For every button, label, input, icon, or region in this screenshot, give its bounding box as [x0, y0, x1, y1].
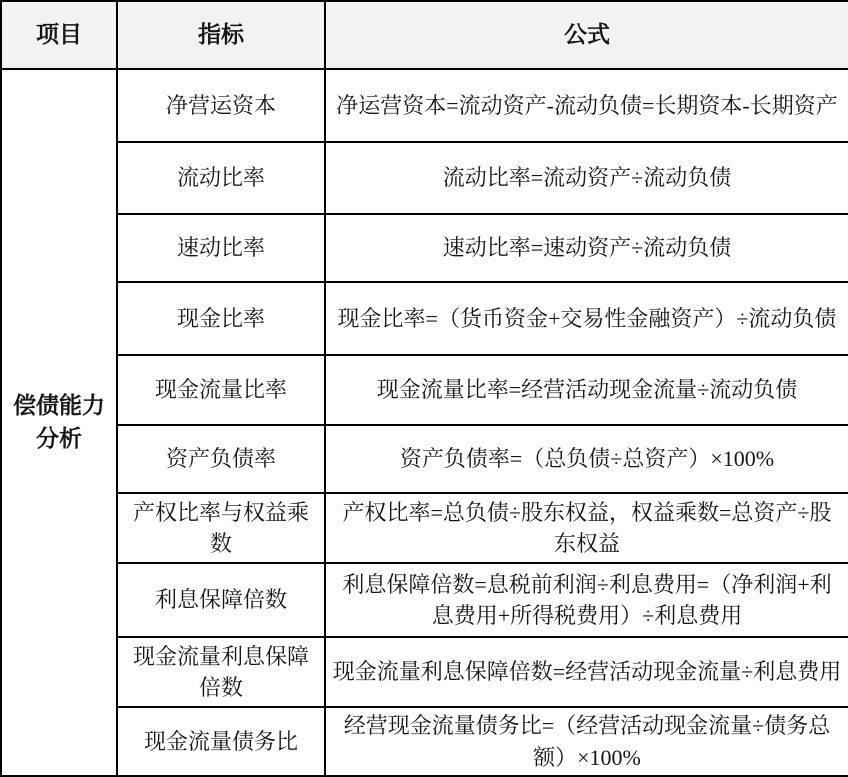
- indicator-cell: 速动比率: [117, 214, 325, 282]
- formula-cell: 产权比率=总负债÷股东权益，权益乘数=总资产÷股东权益: [325, 493, 848, 563]
- formula-cell: 经营现金流量债务比=（经营活动现金流量÷债务总额）×100%: [325, 707, 848, 776]
- table-row: 资产负债率 资产负债率=（总负债÷总资产）×100%: [1, 425, 848, 493]
- indicator-cell: 利息保障倍数: [117, 563, 325, 637]
- table-row: 产权比率与权益乘数 产权比率=总负债÷股东权益，权益乘数=总资产÷股东权益: [1, 493, 848, 563]
- indicator-cell: 净营运资本: [117, 69, 325, 142]
- table-header-row: 项目 指标 公式: [1, 1, 848, 69]
- formula-cell: 资产负债率=（总负债÷总资产）×100%: [325, 425, 848, 493]
- table-row: 利息保障倍数 利息保障倍数=息税前利润÷利息费用=（净利润+利息费用+所得税费用…: [1, 563, 848, 637]
- formula-cell: 现金流量利息保障倍数=经营活动现金流量÷利息费用: [325, 637, 848, 707]
- header-formula: 公式: [325, 1, 848, 69]
- table-row: 现金流量比率 现金流量比率=经营活动现金流量÷流动负债: [1, 355, 848, 425]
- table-row: 现金流量债务比 经营现金流量债务比=（经营活动现金流量÷债务总额）×100%: [1, 707, 848, 776]
- header-indicator: 指标: [117, 1, 325, 69]
- indicator-cell: 现金流量利息保障倍数: [117, 637, 325, 707]
- table-row: 现金比率 现金比率=（货币资金+交易性金融资产）÷流动负债: [1, 282, 848, 355]
- formula-cell: 速动比率=速动资产÷流动负债: [325, 214, 848, 282]
- table-row: 偿债能力分析 净营运资本 净运营资本=流动资产-流动负债=长期资本-长期资产: [1, 69, 848, 142]
- item-group-cell: 偿债能力分析: [1, 69, 117, 776]
- table-row: 流动比率 流动比率=流动资产÷流动负债: [1, 142, 848, 214]
- indicator-cell: 资产负债率: [117, 425, 325, 493]
- formula-cell: 流动比率=流动资产÷流动负债: [325, 142, 848, 214]
- indicator-cell: 现金比率: [117, 282, 325, 355]
- table-row: 速动比率 速动比率=速动资产÷流动负债: [1, 214, 848, 282]
- solvency-formula-table: 项目 指标 公式 偿债能力分析 净营运资本 净运营资本=流动资产-流动负债=长期…: [0, 0, 848, 777]
- formula-cell: 净运营资本=流动资产-流动负债=长期资本-长期资产: [325, 69, 848, 142]
- indicator-cell: 现金流量债务比: [117, 707, 325, 776]
- formula-cell: 现金流量比率=经营活动现金流量÷流动负债: [325, 355, 848, 425]
- indicator-cell: 流动比率: [117, 142, 325, 214]
- formula-cell: 利息保障倍数=息税前利润÷利息费用=（净利润+利息费用+所得税费用）÷利息费用: [325, 563, 848, 637]
- indicator-cell: 产权比率与权益乘数: [117, 493, 325, 563]
- header-item: 项目: [1, 1, 117, 69]
- indicator-cell: 现金流量比率: [117, 355, 325, 425]
- table-row: 现金流量利息保障倍数 现金流量利息保障倍数=经营活动现金流量÷利息费用: [1, 637, 848, 707]
- formula-cell: 现金比率=（货币资金+交易性金融资产）÷流动负债: [325, 282, 848, 355]
